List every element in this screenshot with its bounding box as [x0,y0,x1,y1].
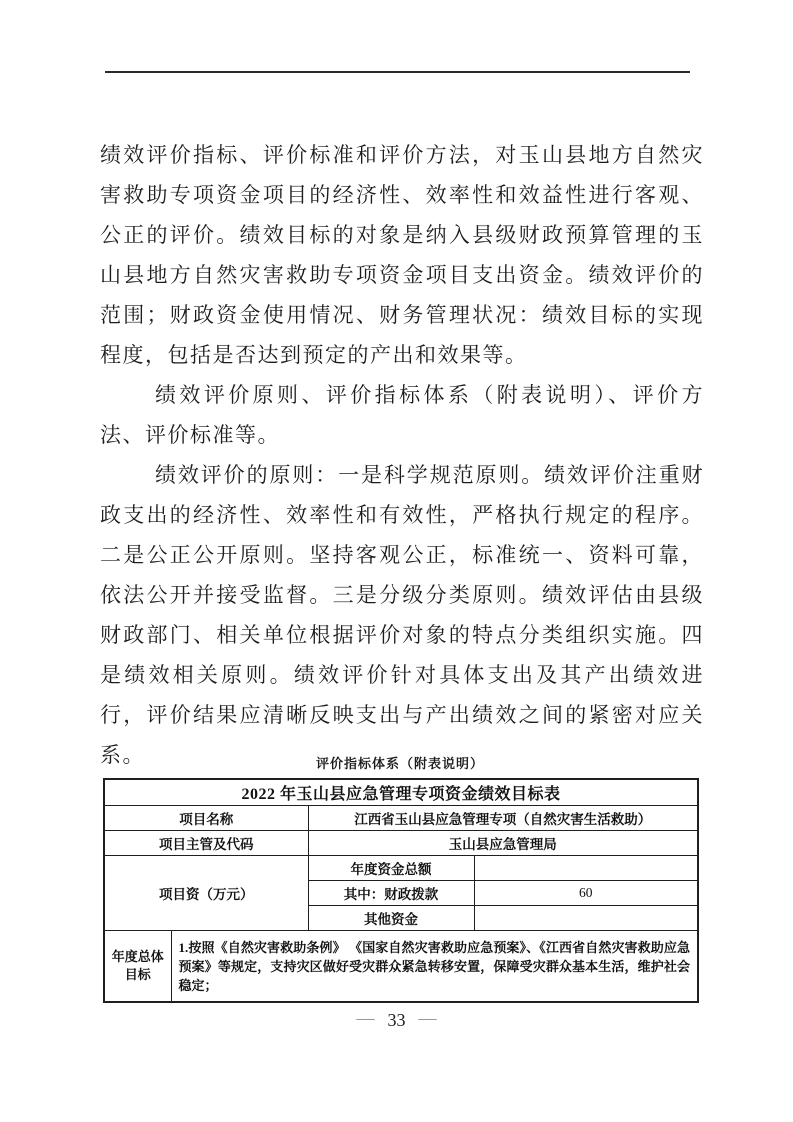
document-page: 绩效评价指标、评价标准和评价方法，对玉山县地方自然灾害救助专项资金项目的经济性、… [0,0,793,1122]
funds-other-label: 其他资金 [308,906,474,931]
table-title: 2022 年玉山县应急管理专项资金绩效目标表 [104,779,698,806]
page-number: 33 [388,1010,406,1030]
body-paragraph-2: 绩效评价原则、评价指标体系（附表说明）、评价方法、评价标准等。 [100,375,704,455]
annual-goal-text: 1.按照《自然灾害救助条例》 《国家自然灾害救助应急预案》、《江西省自然灾害救助… [171,931,698,1003]
body-paragraph-1: 绩效评价指标、评价标准和评价方法，对玉山县地方自然灾害救助专项资金项目的经济性、… [100,135,704,375]
funds-fiscal-label: 其中：财政拨款 [308,881,474,906]
annual-goal-label: 年度总体目标 [104,931,171,1003]
header-rule [105,71,690,73]
body-text: 绩效评价指标、评价标准和评价方法，对玉山县地方自然灾害救助专项资金项目的经济性、… [100,135,704,775]
footer-right-dash: — [419,1008,437,1028]
table-title-row: 2022 年玉山县应急管理专项资金绩效目标表 [104,779,698,806]
performance-target-table: 2022 年玉山县应急管理专项资金绩效目标表 项目名称 江西省玉山县应急管理专项… [103,778,699,1003]
funds-total-label: 年度资金总额 [308,856,474,881]
project-name-label: 项目名称 [104,806,308,831]
table-row: 项目资（万元） 年度资金总额 [104,856,698,881]
funds-label: 项目资（万元） [104,856,308,931]
table-row: 项目名称 江西省玉山县应急管理专项（自然灾害生活救助） [104,806,698,831]
project-name-value: 江西省玉山县应急管理专项（自然灾害生活救助） [308,806,698,831]
funds-fiscal-value: 60 [474,881,698,906]
project-head-label: 项目主管及代码 [104,831,308,856]
funds-other-value [474,906,698,931]
table-row: 年度总体目标 1.按照《自然灾害救助条例》 《国家自然灾害救助应急预案》、《江西… [104,931,698,1003]
table-row: 项目主管及代码 玉山县应急管理局 [104,831,698,856]
page-footer: —33— [0,1010,793,1031]
body-paragraph-3: 绩效评价的原则：一是科学规范原则。绩效评价注重财政支出的经济性、效率性和有效性，… [100,455,704,775]
footer-left-dash: — [357,1008,375,1028]
funds-total-value [474,856,698,881]
table-caption: 评价指标体系（附表说明） [103,753,697,772]
project-head-value: 玉山县应急管理局 [308,831,698,856]
